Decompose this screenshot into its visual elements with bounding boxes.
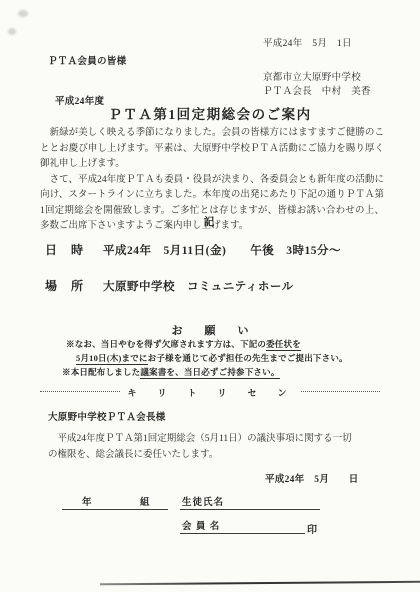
seal-label: 印 [307,521,317,536]
president-name: ＰＴＡ会長 中村 美香 [263,83,371,97]
issue-date: 平成24年 5月 1日 [263,35,352,49]
request-title: お 願 い [0,322,420,338]
proxy-date: 平成24年 5月 日 [265,471,359,485]
salutation: ＰＴＡ会員の皆様 [48,53,126,67]
scan-edge-line [100,581,420,586]
greeting-paragraph-1: 新緑が美しく映える季節になりました。会員の皆様方にはますますご健勝のこととお慶び… [40,126,384,173]
request-line-2: 5月10日(木)までにお子様を通じて必ず担任の先生までご提出下さい。 [76,352,348,364]
ki-marker: 記 [0,214,420,229]
request-line-3-underlined: 議案書を、当日必ずご持参下さい。 [140,367,279,379]
student-name-field: 生徒氏名 [180,496,320,510]
scan-noise-speck [18,10,28,17]
school-name: 京都市立大原野中学校 [263,69,361,83]
grade-class-field: 年 組 [62,496,168,510]
scan-noise-speck [8,28,16,35]
request-line-3-text: ※本日配布しました [62,367,140,377]
document-page: 平成24年 5月 1日 ＰＴＡ会員の皆様 京都市立大原野中学校 ＰＴＡ会長 中村… [0,0,420,592]
cut-line-label: キ リ ト リ セ ン [120,386,301,399]
cut-line-dots-left [40,390,120,392]
request-line-2-underlined: 5月10日(木)までに [76,353,148,365]
request-line-3: ※本日配布しました議案書を、当日必ずご持参下さい。 [62,366,280,378]
request-line-1: ※なお、当日やむを得ず欠席されます方は、下記の委任状を [66,338,301,350]
request-line-1-underlined: 委任状を [266,339,301,351]
cut-line-dots-right [301,390,381,392]
student-name-label: 生徒氏名 [182,494,224,508]
place-label: 場 所 [45,277,84,294]
member-name-field: 会 員 名 [180,520,305,534]
request-line-2-text: お子様を通じて必ず担任の先生までご提出下さい。 [148,353,348,363]
member-name-label: 会 員 名 [182,518,220,532]
datetime-label: 日 時 [45,241,84,258]
request-line-1-text: ※なお、当日やむを得ず欠席されます方は、下記の [66,339,266,349]
place-value: 大原野中学校 コミュニティホール [103,278,294,294]
cut-line: キ リ ト リ セ ン [40,386,380,399]
grade-label: 年 [82,494,92,508]
proxy-statement: 平成24年度ＰＴＡ第1回定期総会（5月11日）の議決事項に関する一切の権限を、総… [48,431,360,463]
proxy-addressee: 大原野中学校ＰＴＡ会長様 [48,409,166,423]
document-title: ＰＴＡ第1回定期総会のご案内 [0,103,420,123]
class-label: 組 [140,494,150,508]
datetime-value: 平成24年 5月11日(金) 午後 3時15分～ [103,242,341,258]
